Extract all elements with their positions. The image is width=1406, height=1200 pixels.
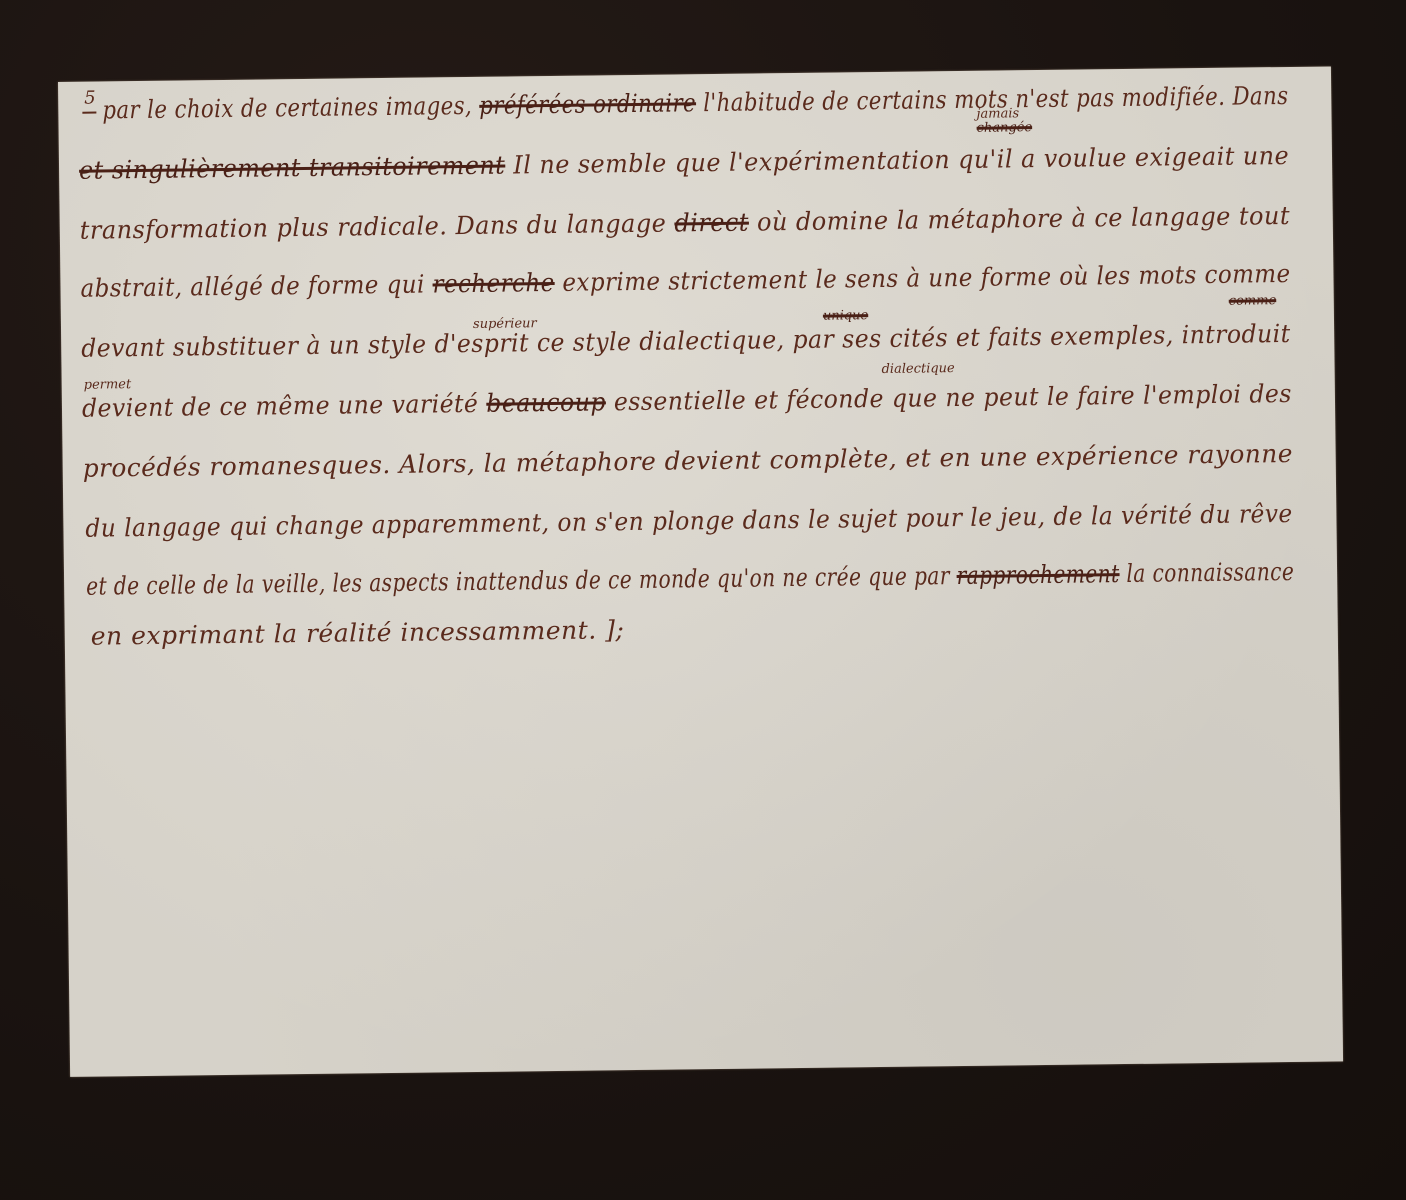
manuscript-page: 5 par le choix de certaines images, préf… xyxy=(58,66,1343,1076)
manuscript-line-3: transformation plus radicale. Dans du la… xyxy=(80,201,1291,245)
manuscript-line-5: devant substituer à un style d'esprit ce… xyxy=(81,319,1291,363)
manuscript-line-7: procédés romanesques. Alors, la métaphor… xyxy=(83,439,1294,483)
insertion-comme: comme xyxy=(1229,293,1277,309)
insertion-changee: changée xyxy=(977,120,1033,136)
marker-underline xyxy=(82,112,96,114)
manuscript-line-10: en exprimant la réalité incessamment. ]; xyxy=(91,615,625,651)
manuscript-line-6: devient de ce même une variété beaucoup … xyxy=(82,379,1292,423)
insertion-dialectique: dialectique xyxy=(881,361,954,377)
manuscript-line-2: et singulièrement transitoirement Il ne … xyxy=(79,141,1289,185)
struck-text: direct xyxy=(674,208,749,238)
struck-text: beaucoup xyxy=(486,387,606,417)
struck-text: rapprochement xyxy=(956,559,1119,590)
insertion-permet: permet xyxy=(84,377,132,393)
insertion-unique: unique xyxy=(823,308,868,324)
manuscript-line-9: et de celle de la veille, les aspects in… xyxy=(86,557,1294,601)
manuscript-line-1: par le choix de certaines images, préfér… xyxy=(102,81,1288,124)
insertion-superieur: supérieur xyxy=(473,316,537,332)
page-marker: 5 xyxy=(84,88,96,109)
manuscript-line-4: abstrait, allégé de forme qui recherche … xyxy=(80,259,1290,303)
struck-text: recherche xyxy=(432,268,554,298)
manuscript-line-8: du langage qui change apparemment, on s'… xyxy=(85,499,1293,543)
struck-text: préférées ordinaire xyxy=(479,88,696,120)
struck-text: et singulièrement transitoirement xyxy=(79,151,506,185)
